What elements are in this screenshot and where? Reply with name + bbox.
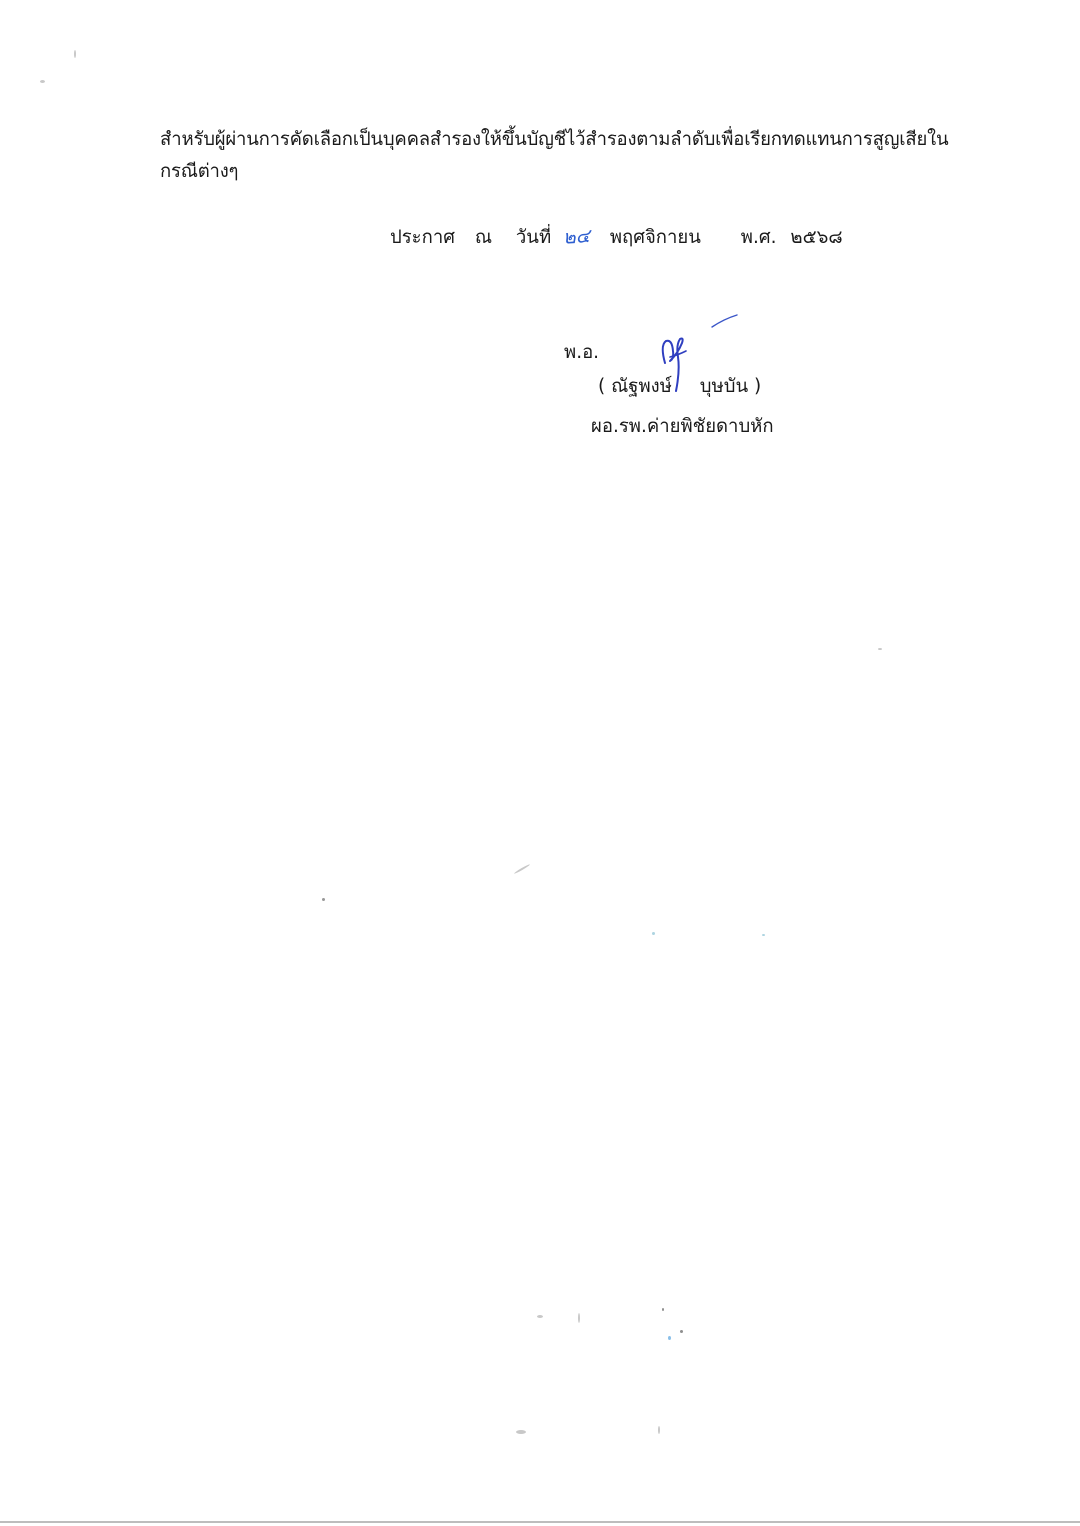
- scan-speck: [578, 1313, 580, 1323]
- document-page: สำหรับผู้ผ่านการคัดเลือกเป็นบุคคลสำรองให…: [0, 0, 1080, 1526]
- scan-speck: [762, 934, 765, 936]
- day-label: วันที่: [516, 223, 551, 253]
- scan-speck: [40, 80, 45, 83]
- scan-speck: [662, 1308, 664, 1311]
- scan-speck: [680, 1330, 683, 1333]
- signatory-name: ( ณัฐพงษ์ บุษบัน ): [598, 374, 761, 400]
- scan-bottom-edge: [0, 1521, 1080, 1523]
- name-open-paren: (: [598, 376, 605, 397]
- signatory-position: ผอ.รพ.ค่ายพิชัยดาบหัก: [591, 414, 774, 440]
- signatory-first-name: ณัฐพงษ์: [611, 376, 672, 397]
- signatory-rank: พ.อ.: [564, 340, 599, 366]
- scan-speck: [322, 898, 325, 901]
- name-close-paren: ): [754, 376, 761, 397]
- body-line-2: กรณีต่างๆ: [160, 156, 960, 188]
- announce-prefix: ประกาศ: [390, 223, 455, 253]
- handwritten-day: ๒๔: [562, 221, 591, 253]
- era-label: พ.ศ.: [741, 223, 777, 253]
- scan-speck: [652, 932, 655, 935]
- scan-speck: [878, 648, 882, 650]
- scan-speck: [74, 50, 76, 58]
- scan-speck: [658, 1426, 660, 1434]
- body-line-1: สำหรับผู้ผ่านการคัดเลือกเป็นบุคคลสำรองให…: [160, 124, 960, 156]
- announce-at: ณ: [475, 223, 492, 253]
- scan-speck: [516, 1430, 526, 1434]
- body-paragraph: สำหรับผู้ผ่านการคัดเลือกเป็นบุคคลสำรองให…: [160, 124, 960, 188]
- scan-speck: [668, 1336, 671, 1340]
- year: ๒๕๖๘: [790, 223, 842, 253]
- scan-speck: [537, 1315, 543, 1318]
- scan-speck: [514, 864, 531, 875]
- signatory-last-name: บุษบัน: [700, 376, 748, 397]
- announcement-date-line: ประกาศ ณ วันที่ ๒๔ พฤศจิกายน พ.ศ. ๒๕๖๘: [390, 222, 843, 253]
- month: พฤศจิกายน: [610, 223, 701, 253]
